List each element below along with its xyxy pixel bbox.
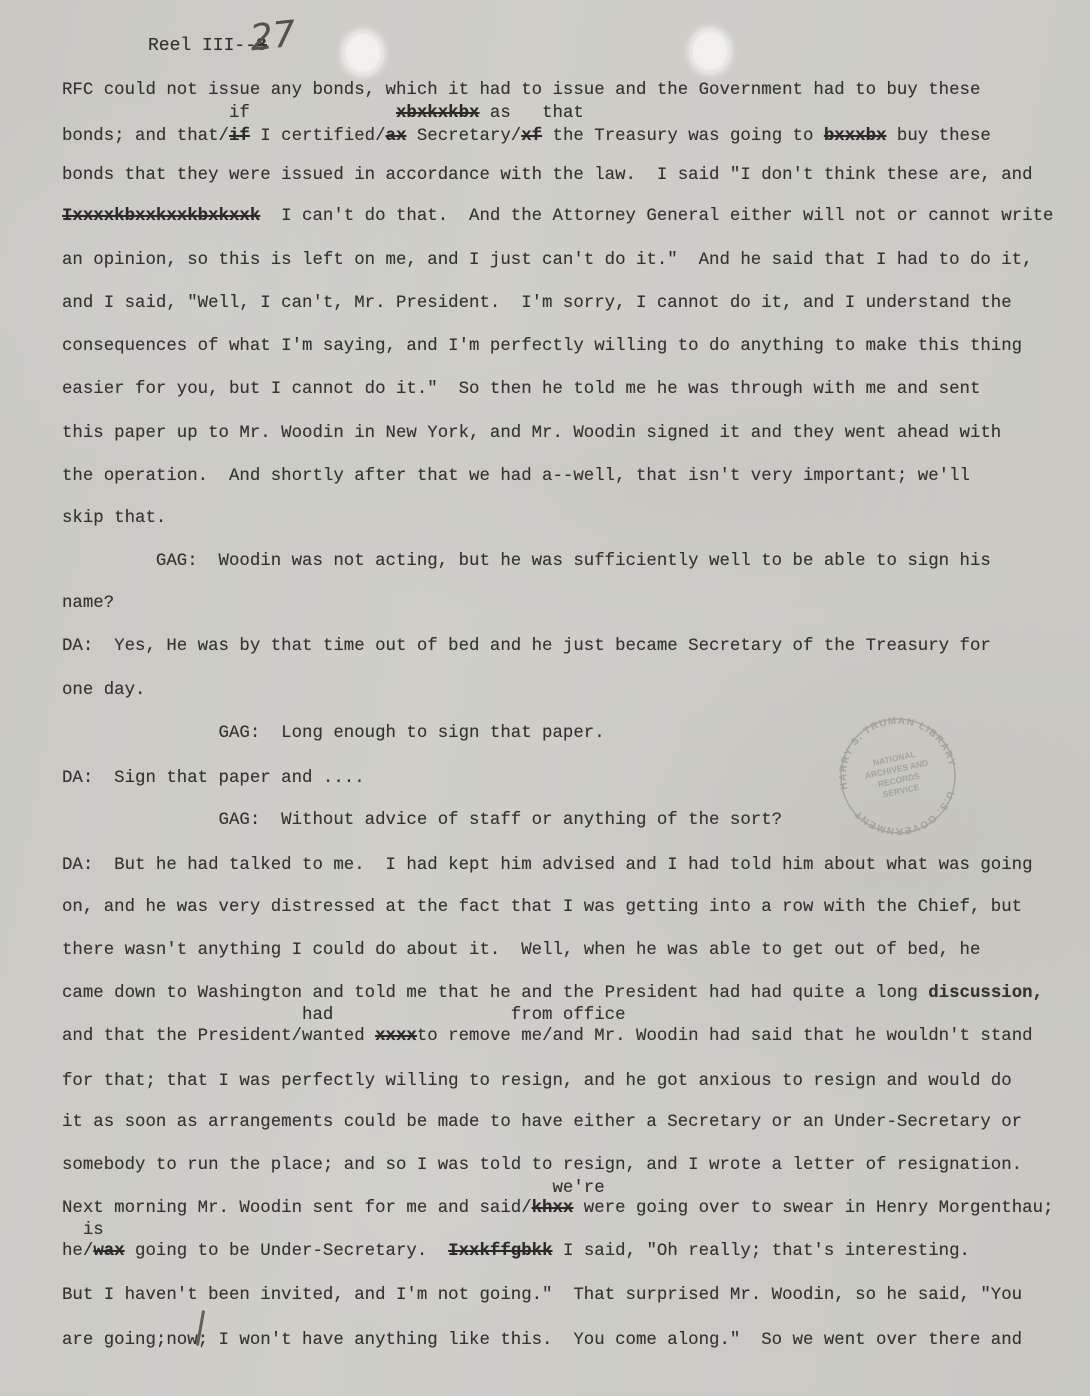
transcript-line: and I said, "Well, I can't, Mr. Presiden… xyxy=(62,293,1012,315)
transcript-line: Next morning Mr. Woodin sent for me and … xyxy=(62,1198,1053,1220)
transcript-line: he/wax going to be Under-Secretary. Ixxk… xyxy=(62,1241,970,1263)
transcript-line: and that the President/wanted xxxxto rem… xyxy=(62,1026,1033,1048)
interline-correction: we're xyxy=(62,1178,605,1200)
transcript-line-da: DA: Yes, He was by that time out of bed … xyxy=(62,636,991,658)
stamp-arc-bottom-text: U.S. GOVERNMENT xyxy=(851,788,962,846)
transcript-line: name? xyxy=(62,593,114,615)
interline-correction: if xbxkxkbx as that xyxy=(62,103,584,125)
transcript-line: an opinion, so this is left on me, and I… xyxy=(62,250,1033,272)
transcript-line: on, and he was very distressed at the fa… xyxy=(62,897,1022,919)
transcript-line: it as soon as arrangements could be made… xyxy=(62,1112,1022,1134)
archive-stamp: HARRY S. TRUMAN LIBRARY U.S. GOVERNMENT … xyxy=(803,681,993,871)
reel-label: Reel III-- xyxy=(148,36,256,56)
transcript-line-gag: GAG: Woodin was not acting, but he was s… xyxy=(62,551,991,573)
interline-correction: had from office xyxy=(62,1005,626,1027)
transcript-line: one day. xyxy=(62,680,146,702)
transcript-line: somebody to run the place; and so I was … xyxy=(62,1155,1022,1177)
transcript-line: bonds; and that/if I certified/ax Secret… xyxy=(62,126,991,148)
document-page: Reel III--3 27 HARRY S. TRUMAN LIBRARY U… xyxy=(0,0,1090,1396)
punch-hole-left xyxy=(344,32,382,74)
transcript-line: consequences of what I'm saying, and I'm… xyxy=(62,336,1022,358)
svg-text:U.S. GOVERNMENT: U.S. GOVERNMENT xyxy=(851,788,962,846)
transcript-line: bonds that they were issued in accordanc… xyxy=(62,165,1033,187)
interline-correction: is xyxy=(62,1220,104,1242)
transcript-line-da: DA: But he had talked to me. I had kept … xyxy=(62,855,1033,877)
transcript-line: this paper up to Mr. Woodin in New York,… xyxy=(62,423,1001,445)
transcript-line-da: DA: Sign that paper and .... xyxy=(62,768,365,790)
transcript-line: Ixxxxkbxxkxxkbxkxxk I can't do that. And… xyxy=(62,206,1053,228)
transcript-line-gag: GAG: Without advice of staff or anything… xyxy=(62,810,782,832)
reel-header: Reel III--3 xyxy=(148,36,267,56)
handwritten-page-number: 27 xyxy=(248,14,298,60)
transcript-line: the operation. And shortly after that we… xyxy=(62,466,970,488)
transcript-line: skip that. xyxy=(62,508,166,530)
transcript-line: But I haven't been invited, and I'm not … xyxy=(62,1285,1022,1307)
transcript-line: came down to Washington and told me that… xyxy=(62,983,1043,1005)
transcript-line-gag: GAG: Long enough to sign that paper. xyxy=(62,723,605,745)
transcript-line: there wasn't anything I could do about i… xyxy=(62,940,980,962)
transcript-line: easier for you, but I cannot do it." So … xyxy=(62,379,980,401)
transcript-line: for that; that I was perfectly willing t… xyxy=(62,1071,1012,1093)
transcript-line: RFC could not issue any bonds, which it … xyxy=(62,80,980,102)
transcript-line: are going;now; I won't have anything lik… xyxy=(62,1330,1022,1352)
punch-hole-right xyxy=(691,30,729,72)
